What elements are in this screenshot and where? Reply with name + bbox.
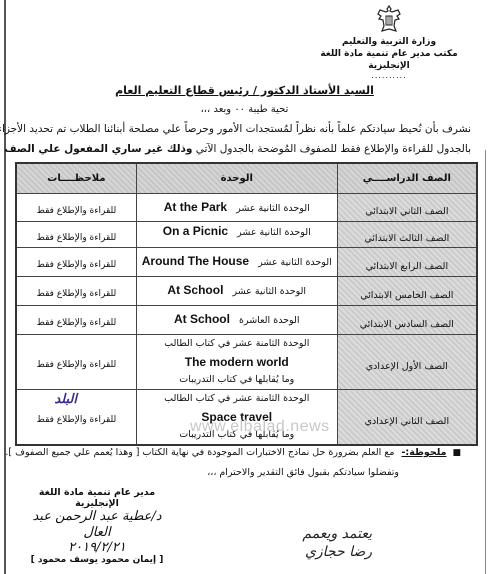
unit-cell: الوحدة العاشرة At School	[136, 306, 337, 335]
grade-cell: الصف الخامس الابتدائي	[337, 277, 477, 306]
unit-cell: الوحدة الثامنة عشر في كتاب الطالب The mo…	[136, 335, 337, 390]
grade-cell: الصف السادس الابتدائي	[337, 306, 477, 335]
grade-cell: الصف الثاني الإعدادي	[337, 390, 477, 446]
signatory-name: [ إيمان محمود يوسف محمود ]	[22, 555, 172, 565]
approval-line-1: يعتمد ويعمم	[262, 525, 372, 543]
office-name: مكتب مدير عام تنمية مادة اللغة الإنجليزي…	[314, 48, 464, 72]
note: ■ملحوظة:- مع العلم بضرورة حل نماذج الاخت…	[40, 447, 461, 458]
body-paragraph-line-2: بالجدول للقراءة والإطلاع فقط للصفوف المُ…	[10, 143, 471, 155]
table-row: الصف الثالث الابتدائي الوحدة الثانية عشر…	[16, 222, 477, 248]
notes-cell: للقراءة والإطلاع فقط	[16, 277, 136, 306]
table-row: الصف السادس الابتدائي الوحدة العاشرة At …	[16, 306, 477, 335]
handwritten-approval: يعتمد ويعمم رضا حجازي	[262, 525, 372, 561]
grade-cell: الصف الرابع الابتدائي	[337, 248, 477, 277]
units-table: الصف الدراســــي الوحدة ملاحظــــات الصف…	[15, 162, 478, 446]
note-text: مع العلم بضرورة حل نماذج الاختبارات المو…	[5, 447, 394, 458]
unit-english: The modern world	[137, 353, 337, 371]
unit-arabic: الوحدة الثامنة عشر في كتاب الطالب	[137, 335, 337, 353]
letterhead: وزارة التربية والتعليم مكتب مدير عام تنم…	[314, 4, 464, 80]
unit-cell: الوحدة الثانية عشر Around The House	[136, 248, 337, 277]
unit-arabic: الوحدة الثانية عشر	[237, 227, 311, 238]
unit-cell: الوحدة الثانية عشر At the Park	[136, 194, 337, 222]
signature-date: ٢٠١٩/٢/٢١	[22, 541, 172, 555]
body-paragraph-line-1: نشرف بأن نُحيط سيادتكم علماً بأنه نظراً …	[20, 123, 471, 135]
notes-cell: للقراءة والإطلاع فقط	[16, 248, 136, 277]
egypt-eagle-emblem-icon	[376, 4, 402, 34]
header-grade: الصف الدراســــي	[337, 163, 477, 194]
watermark-url: www.elbalad.news	[190, 418, 330, 436]
approval-line-2: رضا حجازي	[262, 543, 372, 561]
unit-cell: الوحدة الثانية عشر At School	[136, 277, 337, 306]
table-row: الصف الخامس الابتدائي الوحدة الثانية عشر…	[16, 277, 477, 306]
table-row: الصف الأول الإعدادي الوحدة الثامنة عشر ف…	[16, 335, 477, 390]
header-unit: الوحدة	[136, 163, 337, 194]
elbalad-logo-icon: البلد	[33, 392, 77, 414]
unit-english: Around The House	[142, 254, 249, 268]
unit-workbook-note: وما يُقابلها في كتاب التدريبات	[137, 371, 337, 389]
unit-english: On a Picnic	[163, 224, 228, 238]
table-row: الصف الرابع الابتدائي الوحدة الثانية عشر…	[16, 248, 477, 277]
unit-cell: الوحدة الثانية عشر On a Picnic	[136, 222, 337, 248]
unit-arabic: الوحدة الثانية عشر	[258, 257, 332, 268]
unit-english: At School	[167, 283, 223, 297]
unit-arabic: الوحدة الثانية عشر	[236, 203, 310, 214]
grade-cell: الصف الأول الإعدادي	[337, 335, 477, 390]
addressee: السيد الأستاذ الدكتور / رئيس قطاع التعلي…	[0, 84, 489, 97]
unit-english: At the Park	[164, 200, 227, 214]
table-header-row: الصف الدراســــي الوحدة ملاحظــــات	[16, 163, 477, 194]
signature-block: مدير عام تنمية مادة اللغة الإنجليزية د/ع…	[22, 487, 172, 565]
unit-arabic: الوحدة الثامنة عشر في كتاب الطالب	[137, 390, 337, 408]
handwritten-signature: د/عطية عبد الرحمن عبد العال	[22, 509, 172, 541]
table-row: الصف الثاني الابتدائي الوحدة الثانية عشر…	[16, 194, 477, 222]
header-separator: ..........	[314, 72, 464, 80]
grade-cell: الصف الثالث الابتدائي	[337, 222, 477, 248]
grade-cell: الصف الثاني الابتدائي	[337, 194, 477, 222]
ministry-name: وزارة التربية والتعليم	[314, 36, 464, 48]
header-notes: ملاحظــــات	[16, 163, 136, 194]
signatory-title: مدير عام تنمية مادة اللغة الإنجليزية	[22, 487, 172, 509]
closing-line: وتفضلوا سيادتكم بقبول فائق التقدير والاح…	[207, 467, 399, 478]
greeting: تحية طيبة ٠٠ وبعد ،،،	[0, 104, 489, 115]
note-label: ملحوظة:-	[401, 447, 446, 458]
page-right-border	[485, 150, 486, 574]
notes-cell: للقراءة والإطلاع فقط	[16, 306, 136, 335]
notes-cell: للقراءة والإطلاع فقط	[16, 222, 136, 248]
unit-arabic: الوحدة العاشرة	[239, 315, 300, 326]
unit-english: At School	[174, 312, 230, 326]
body-line-2-emphasis: وذلك غير ساري المفعول علي الصف الثالث ال…	[0, 143, 192, 155]
bullet-icon: ■	[452, 448, 461, 458]
body-line-2-text: بالجدول للقراءة والإطلاع فقط للصفوف المُ…	[192, 143, 471, 155]
notes-cell: للقراءة والإطلاع فقط	[16, 194, 136, 222]
notes-cell: للقراءة والإطلاع فقط	[16, 335, 136, 390]
unit-arabic: الوحدة الثانية عشر	[232, 286, 306, 297]
